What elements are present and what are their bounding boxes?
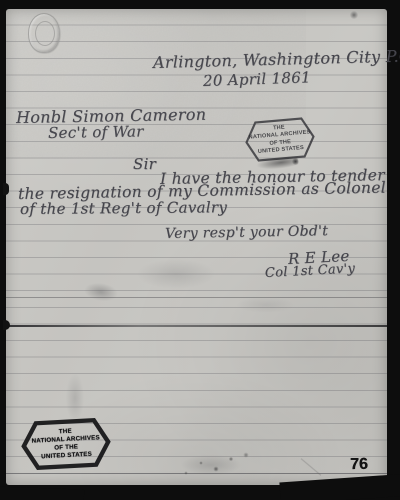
stamp-line: UNITED STATES xyxy=(41,451,92,462)
signature-title: Col 1st Cav'y xyxy=(265,261,356,281)
speckle-cluster xyxy=(156,447,266,481)
scratch-mark xyxy=(293,449,330,486)
stamp-text: THE NATIONAL ARCHIVES OF THE UNITED STAT… xyxy=(21,418,111,471)
body-line-3: of the 1st Reg't of Cavalry xyxy=(20,198,227,218)
vertical-smudge xyxy=(66,374,84,422)
recipient-title: Sec't of War xyxy=(48,122,144,142)
stamp-text: THE NATIONAL ARCHIVES OF THE UNITED STAT… xyxy=(243,116,316,163)
pencil-mark xyxy=(83,281,119,304)
fold-crease-upper xyxy=(6,297,387,298)
speck xyxy=(350,11,358,19)
fold-crease-main xyxy=(6,325,387,327)
document-scan: Arlington, Washington City P.O. 20 April… xyxy=(0,0,400,500)
pencil-smudge xyxy=(136,259,216,289)
scan-edge-bottom-left xyxy=(0,486,84,500)
stamp-line: UNITED STATES xyxy=(258,145,305,156)
national-archives-stamp-bottom: THE NATIONAL ARCHIVES OF THE UNITED STAT… xyxy=(21,418,111,471)
embossed-seal xyxy=(28,13,60,53)
salutation: Sir xyxy=(133,155,156,173)
page-number: 76 xyxy=(350,456,368,474)
closing: Very resp't your Obd't xyxy=(165,223,328,242)
letter-page: Arlington, Washington City P.O. 20 April… xyxy=(6,9,387,485)
dateline-date: 20 April 1861 xyxy=(203,68,311,90)
fold-crease-lower xyxy=(6,473,387,474)
dateline-place: Arlington, Washington City P.O. xyxy=(153,46,400,72)
ink-dot xyxy=(292,158,299,165)
national-archives-stamp-right: THE NATIONAL ARCHIVES OF THE UNITED STAT… xyxy=(243,116,316,163)
embossed-seal-inner xyxy=(35,21,55,47)
faint-smudge xyxy=(236,297,296,313)
